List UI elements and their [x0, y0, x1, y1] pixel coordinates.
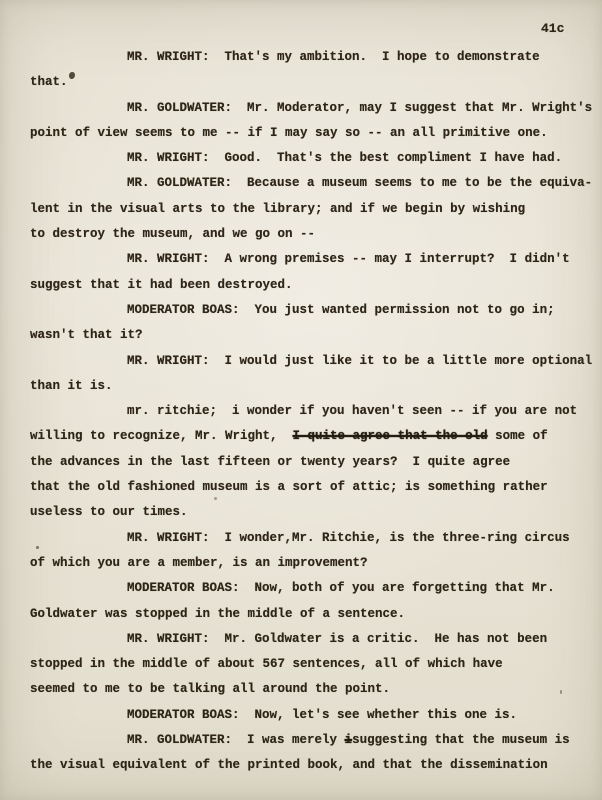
typed-text-segment: Goldwater was stopped in the middle of a… — [30, 607, 405, 621]
typed-line: suggest that it had been destroyed. — [30, 273, 602, 298]
typed-text-segment: that. — [30, 75, 68, 89]
typed-text-segment: MODERATOR BOAS: Now, let's see whether t… — [127, 708, 517, 722]
typed-text-segment: suggesting that the museum is — [352, 733, 570, 747]
typed-text-segment: some of — [488, 429, 548, 443]
typed-text-segment: the advances in the last fifteen or twen… — [30, 455, 510, 469]
typed-line: of which you are a member, is an improve… — [30, 551, 602, 576]
typed-line: MR. GOLDWATER: Because a museum seems to… — [127, 171, 602, 196]
typed-line: the visual equivalent of the printed boo… — [30, 753, 602, 778]
typed-text-segment: MR. WRIGHT: That's my ambition. I hope t… — [127, 50, 540, 64]
typed-text-segment: that the old fashioned museum is a sort … — [30, 480, 548, 494]
typed-line: MR. WRIGHT: A wrong premises -- may I in… — [127, 247, 602, 272]
typed-text-segment: useless to our times. — [30, 505, 188, 519]
struck-text: i — [345, 733, 353, 747]
typed-line: MR. GOLDWATER: I was merely isuggesting … — [127, 728, 602, 753]
typed-text-segment: lent in the visual arts to the library; … — [30, 202, 525, 216]
typed-line: willing to recognize, Mr. Wright, I quit… — [30, 424, 602, 449]
typed-line: useless to our times. — [30, 500, 602, 525]
typed-text-segment: stopped in the middle of about 567 sente… — [30, 657, 503, 671]
typed-text-segment: MR. WRIGHT: A wrong premises -- may I in… — [127, 252, 570, 266]
typed-text-segment: of which you are a member, is an improve… — [30, 556, 368, 570]
typed-line: MR. WRIGHT: I wonder,Mr. Ritchie, is the… — [127, 526, 602, 551]
struck-text: I quite agree that the old — [293, 429, 488, 443]
typed-line: wasn't that it? — [30, 323, 602, 348]
transcript-text: MR. WRIGHT: That's my ambition. I hope t… — [0, 45, 602, 779]
typed-text-segment: MODERATOR BOAS: You just wanted permissi… — [127, 303, 555, 317]
typed-text-segment: MR. GOLDWATER: I was merely — [127, 733, 345, 747]
typed-line: MODERATOR BOAS: Now, both of you are for… — [127, 576, 602, 601]
typed-text-segment: MR. WRIGHT: Good. That's the best compli… — [127, 151, 562, 165]
typed-line: the advances in the last fifteen or twen… — [30, 450, 602, 475]
typed-text-segment: MR. WRIGHT: I wonder,Mr. Ritchie, is the… — [127, 531, 570, 545]
typed-text-segment: mr. ritchie; i wonder if you haven't see… — [127, 404, 577, 418]
typed-text-segment: MR. GOLDWATER: Because a museum seems to… — [127, 176, 592, 190]
page-number: 41c — [541, 21, 564, 36]
typed-text-segment: seemed to me to be talking all around th… — [30, 682, 390, 696]
typed-text-segment: MR. GOLDWATER: Mr. Moderator, may I sugg… — [127, 101, 592, 115]
typed-text-segment: point of view seems to me -- if I may sa… — [30, 126, 548, 140]
typed-text-segment: willing to recognize, Mr. Wright, — [30, 429, 293, 443]
typed-line: seemed to me to be talking all around th… — [30, 677, 602, 702]
typed-text-segment: MR. WRIGHT: Mr. Goldwater is a critic. H… — [127, 632, 547, 646]
typed-line: MODERATOR BOAS: Now, let's see whether t… — [127, 703, 602, 728]
typed-text-segment: suggest that it had been destroyed. — [30, 278, 293, 292]
typed-text-segment: MODERATOR BOAS: Now, both of you are for… — [127, 581, 555, 595]
typed-line: MR. WRIGHT: I would just like it to be a… — [127, 349, 602, 374]
typed-text-segment: to destroy the museum, and we go on -- — [30, 227, 315, 241]
typed-line: MR. WRIGHT: Mr. Goldwater is a critic. H… — [127, 627, 602, 652]
typed-text-segment: wasn't that it? — [30, 328, 143, 342]
typed-line: MODERATOR BOAS: You just wanted permissi… — [127, 298, 602, 323]
document-page: 41c MR. WRIGHT: That's my ambition. I ho… — [0, 0, 602, 800]
typed-line: point of view seems to me -- if I may sa… — [30, 121, 602, 146]
typed-line: lent in the visual arts to the library; … — [30, 197, 602, 222]
typed-line: MR. WRIGHT: That's my ambition. I hope t… — [127, 45, 602, 70]
typed-line: stopped in the middle of about 567 sente… — [30, 652, 602, 677]
typed-line: that. — [30, 70, 602, 95]
typed-line: than it is. — [30, 374, 602, 399]
typed-line: that the old fashioned museum is a sort … — [30, 475, 602, 500]
typed-text-segment: MR. WRIGHT: I would just like it to be a… — [127, 354, 592, 368]
typed-line: to destroy the museum, and we go on -- — [30, 222, 602, 247]
typed-text-segment: than it is. — [30, 379, 113, 393]
typed-line: MR. GOLDWATER: Mr. Moderator, may I sugg… — [127, 96, 602, 121]
typed-text-segment: the visual equivalent of the printed boo… — [30, 758, 548, 772]
typed-line: mr. ritchie; i wonder if you haven't see… — [127, 399, 602, 424]
typed-line: MR. WRIGHT: Good. That's the best compli… — [127, 146, 602, 171]
typed-line: Goldwater was stopped in the middle of a… — [30, 602, 602, 627]
